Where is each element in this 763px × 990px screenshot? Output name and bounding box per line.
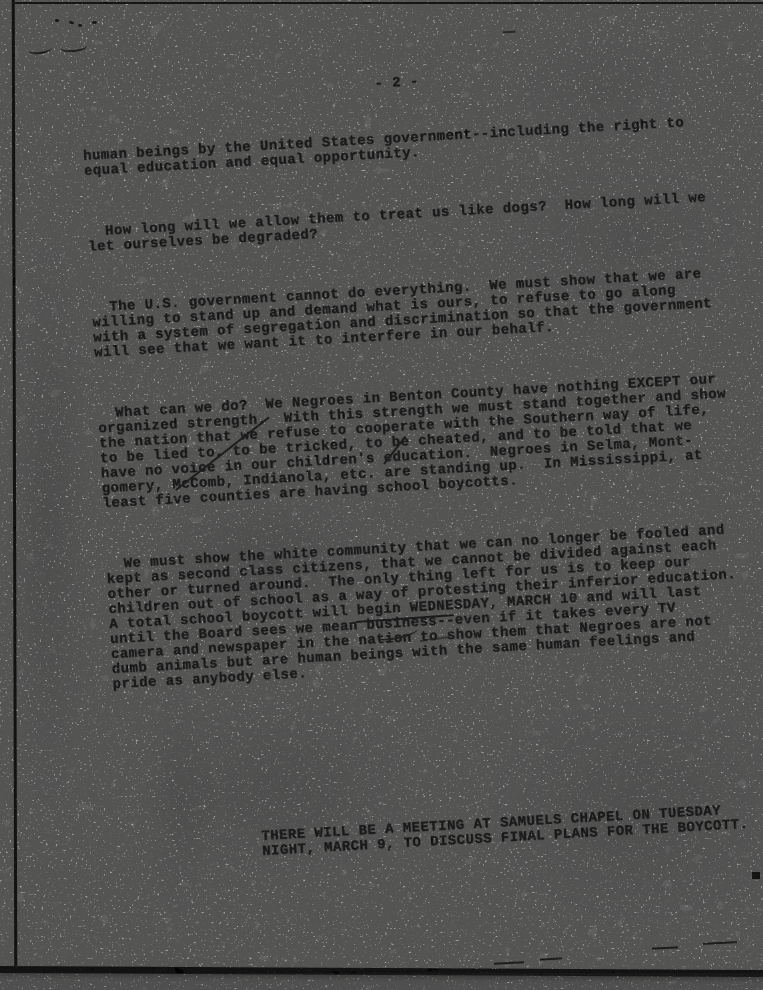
paragraph-1: human beings by the United States govern…	[83, 113, 744, 180]
page-edge-bottom-shadow	[0, 973, 763, 990]
page-number: - 2 -	[80, 57, 740, 109]
ink-dot	[92, 21, 97, 24]
ink-dot	[78, 24, 82, 27]
paragraph-5: We must show the white community that we…	[106, 521, 763, 693]
paragraph-3: The U.S. government cannot do everything…	[91, 265, 753, 362]
paragraph-4: What can we do? We Negroes in Benton Cou…	[97, 371, 762, 513]
paragraph-2: How long will we allow them to treat us …	[87, 189, 748, 256]
document-text: - 2 - human beings by the United States …	[78, 27, 763, 898]
scanned-document-page: - 2 - human beings by the United States …	[0, 0, 763, 990]
ink-blot	[752, 872, 760, 879]
ink-dot	[55, 19, 59, 22]
meeting-announcement: THERE WILL BE A MEETING AT SAMUELS CHAPE…	[121, 801, 763, 868]
page-edge-top-line	[13, 2, 763, 4]
